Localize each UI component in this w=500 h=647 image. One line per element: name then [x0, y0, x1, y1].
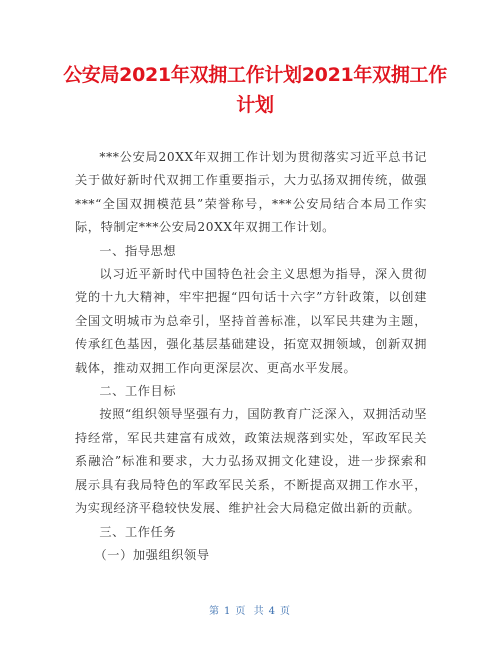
intro-paragraph: ***公安局20XX年双拥工作计划为贯彻落实习近平总书记关于做好新时代双拥工作重… — [75, 146, 427, 240]
guiding-ideology-paragraph: 以习近平新时代中国特色社会主义思想为指导，深入贯彻党的十九大精神，牢牢把握“四句… — [75, 263, 427, 380]
section-heading-work-goals: 二、工作目标 — [75, 380, 427, 403]
footer-suffix: 页 — [280, 606, 291, 617]
total-pages-number: 4 — [269, 606, 276, 617]
document-body: ***公安局20XX年双拥工作计划为贯彻落实习近平总书记关于做好新时代双拥工作重… — [75, 146, 427, 567]
page-footer: 第1页 共4页 — [0, 602, 500, 617]
section-heading-guiding-ideology: 一、指导思想 — [75, 240, 427, 263]
footer-middle: 页 共 — [235, 606, 264, 617]
footer-prefix: 第 — [209, 606, 220, 617]
section-heading-work-tasks: 三、工作任务 — [75, 521, 427, 544]
document-title: 公安局2021年双拥工作计划2021年双拥工作计划 — [60, 60, 450, 120]
document-page: 公安局2021年双拥工作计划2021年双拥工作计划 ***公安局20XX年双拥工… — [0, 0, 500, 647]
current-page-number: 1 — [224, 606, 231, 617]
subheading-strengthen-leadership: （一）加强组织领导 — [75, 544, 427, 567]
work-goals-paragraph: 按照“组织领导坚强有力，国防教育广泛深入，双拥活动坚持经常，军民共建富有成效，政… — [75, 403, 427, 520]
